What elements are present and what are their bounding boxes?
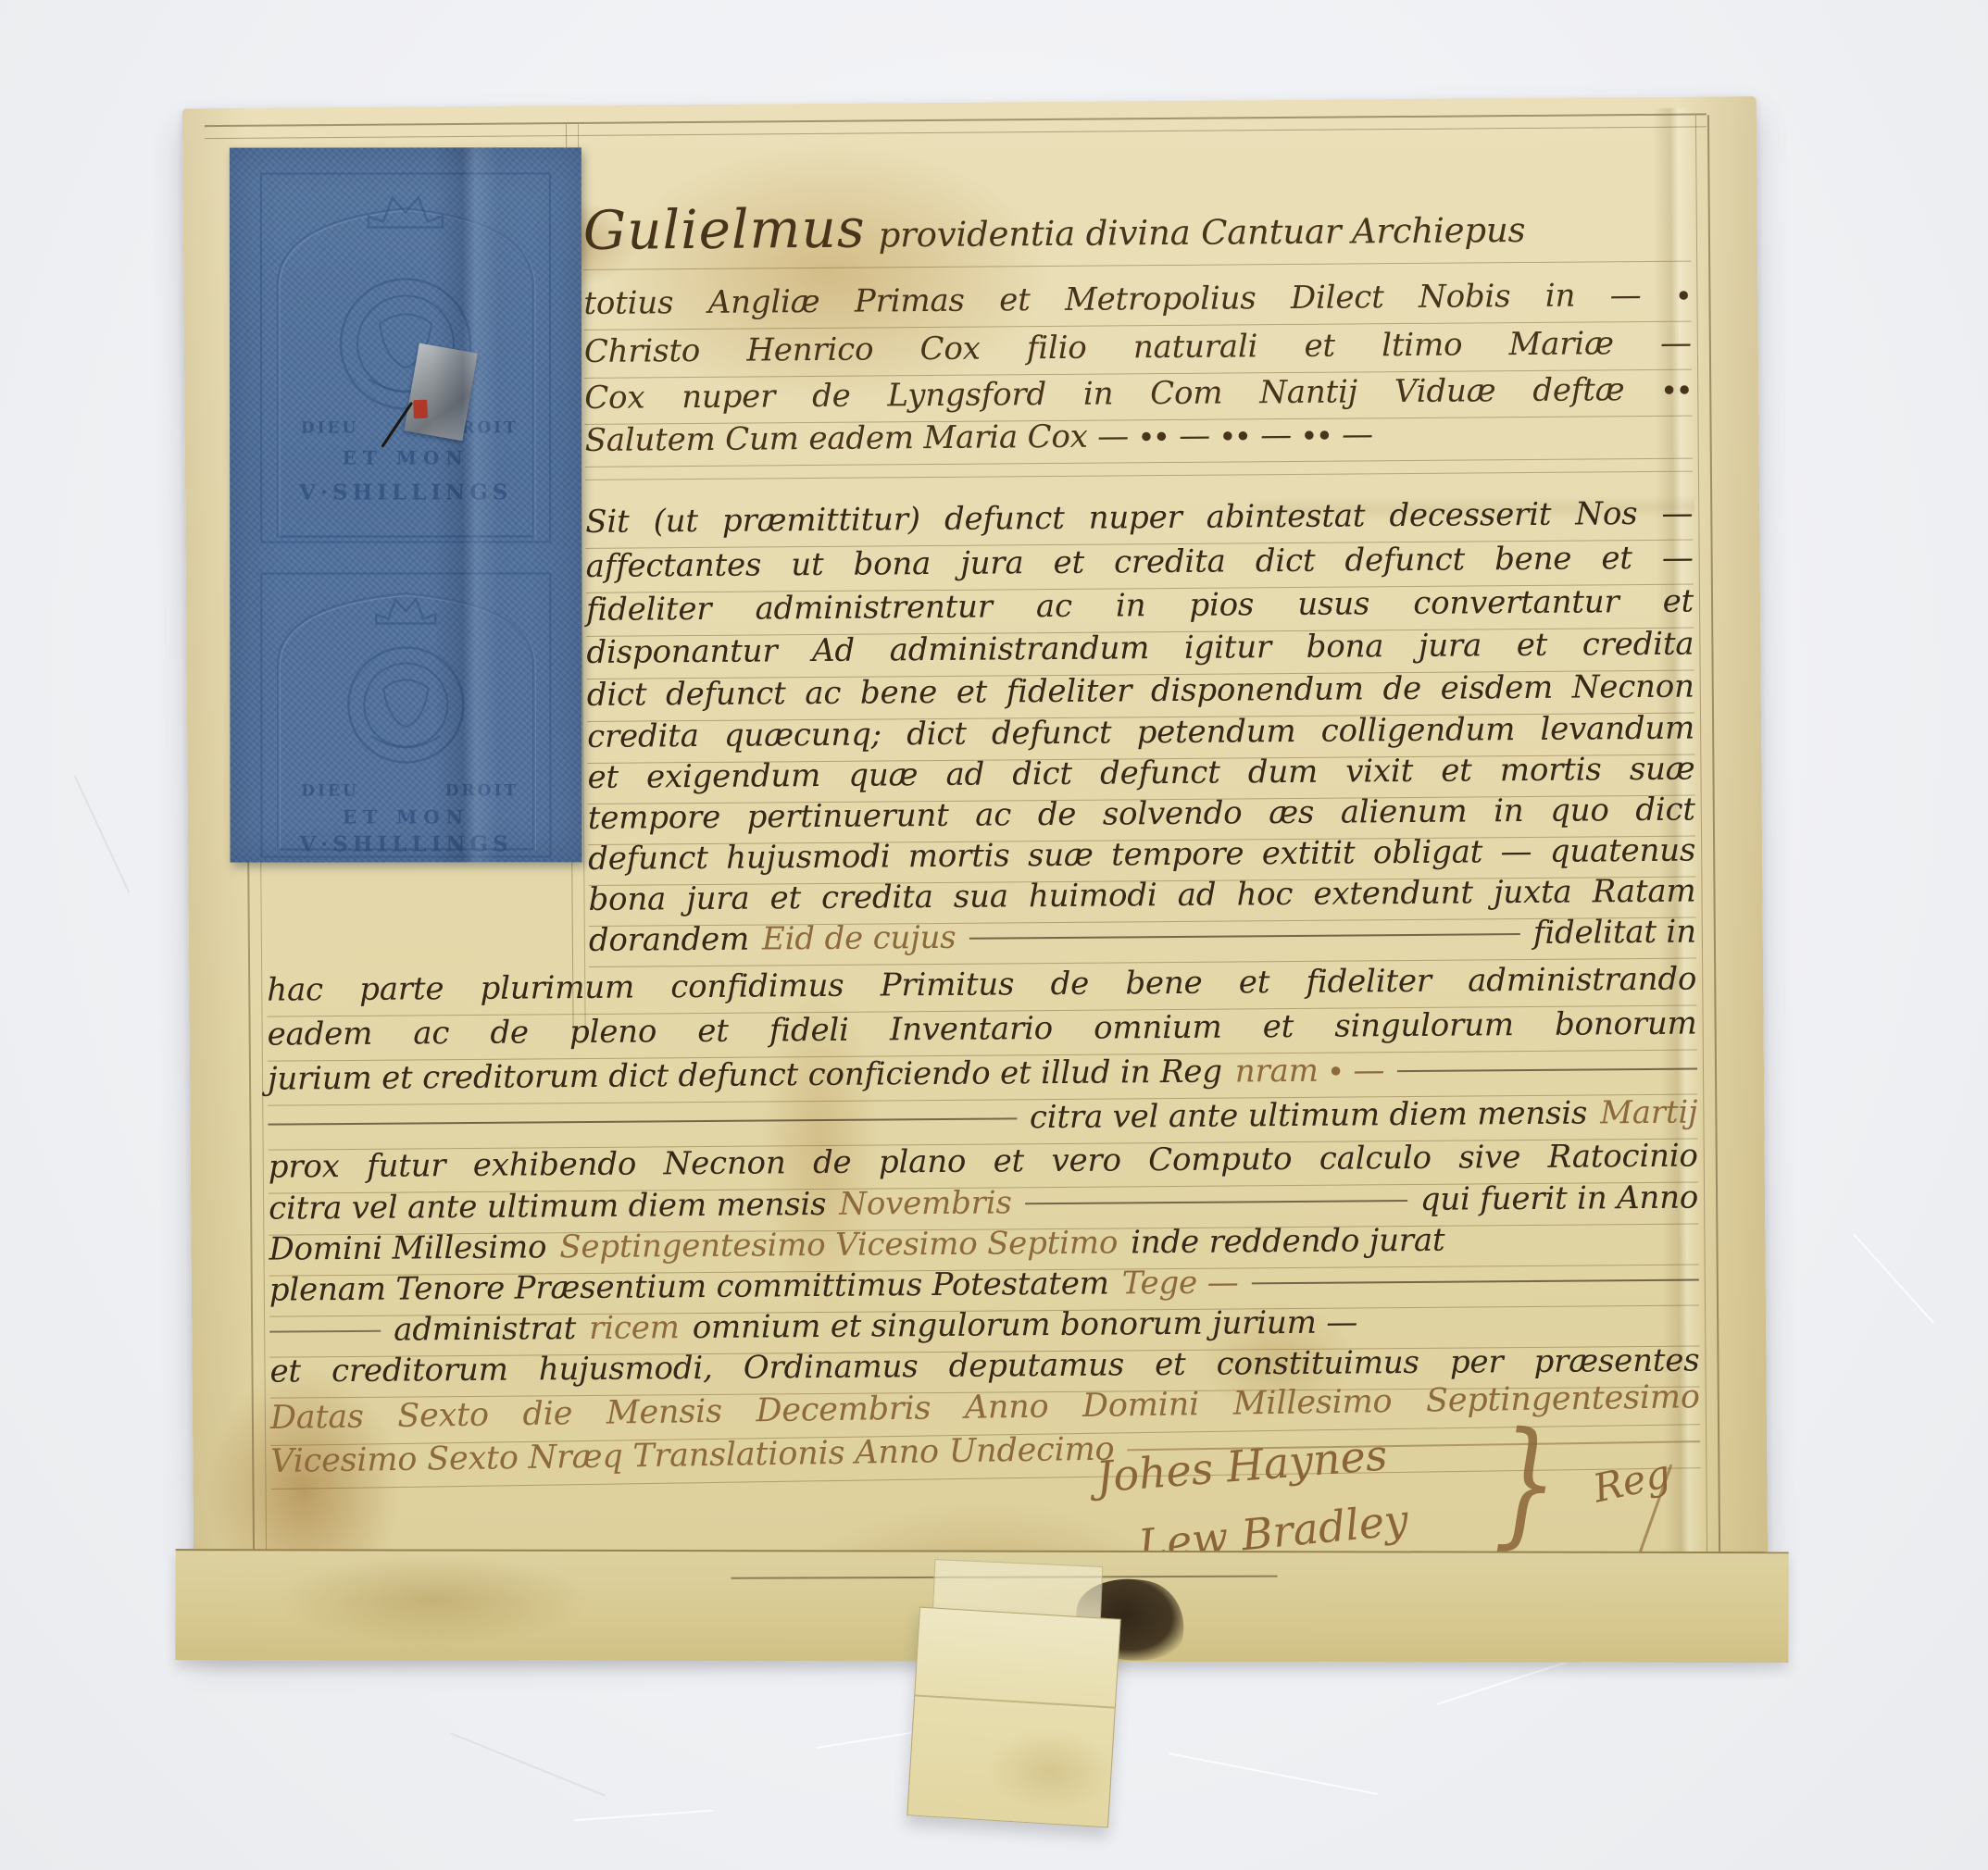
stamp-motto-word: DIEU [301,419,359,438]
manuscript-line: Christo Henrico Cox filio naturali et lt… [584,327,1692,380]
embossed-stamp-designs: DIEU DROIT ET MON V·SHILLINGS DIEU DROIT… [230,147,582,862]
parchment-document: Gulielmus providentia divina Cantuar Arc… [182,96,1769,1645]
manuscript-line: dorandem Eid de cujus fidelitat in [589,916,1696,968]
ruled-border-top [205,113,1707,139]
manuscript-line: totius Angliæ Primas et Metropolius Dile… [583,279,1691,331]
background-scratch [1169,1752,1378,1795]
ink-filler-line [969,933,1520,940]
manuscript-line: Gulielmus providentia divina Cantuar Arc… [583,193,1692,270]
signature-brace: } [1494,1402,1559,1564]
embossed-stamp-lower: DIEU DROIT ET MON V·SHILLINGS [261,573,550,856]
revenue-stamp-paper: DIEU DROIT ET MON V·SHILLINGS DIEU DROIT… [230,147,582,862]
manuscript-line: Salutem Cum eadem Maria Cox — ∙∙ — ∙∙ — … [584,416,1692,468]
stamp-motto-word: ET MON [343,805,469,828]
background-scratch [1853,1233,1934,1324]
ink-filler-line [269,1330,381,1333]
ink-filler-line [268,1117,1017,1125]
stamp-motto-word: ET MON [343,446,469,468]
embossed-stamp-upper: DIEU DROIT ET MON V·SHILLINGS [261,173,550,542]
ink-filler-line [1251,1279,1698,1285]
background-scratch [74,775,131,893]
stamp-denomination: V·SHILLINGS [298,480,512,505]
stamp-motto-word: DROIT [444,418,518,437]
stamp-motto-word: DIEU [301,782,359,801]
stamp-denomination: V·SHILLINGS [298,831,512,856]
photo-of-document: { "palette":{ "background":"#f1f2f4","pa… [0,0,1988,1870]
ink-filler-line [1397,1068,1697,1073]
blank-ruled-line [585,471,1693,480]
background-scratch [450,1732,606,1796]
stamp-motto-word: DROIT [445,781,519,800]
vellum-tag [906,1607,1120,1828]
illuminated-first-word: Gulielmus [583,200,866,261]
background-scratch [574,1810,713,1821]
ink-filler-line [1025,1200,1407,1204]
ruled-border-left [247,860,267,1556]
